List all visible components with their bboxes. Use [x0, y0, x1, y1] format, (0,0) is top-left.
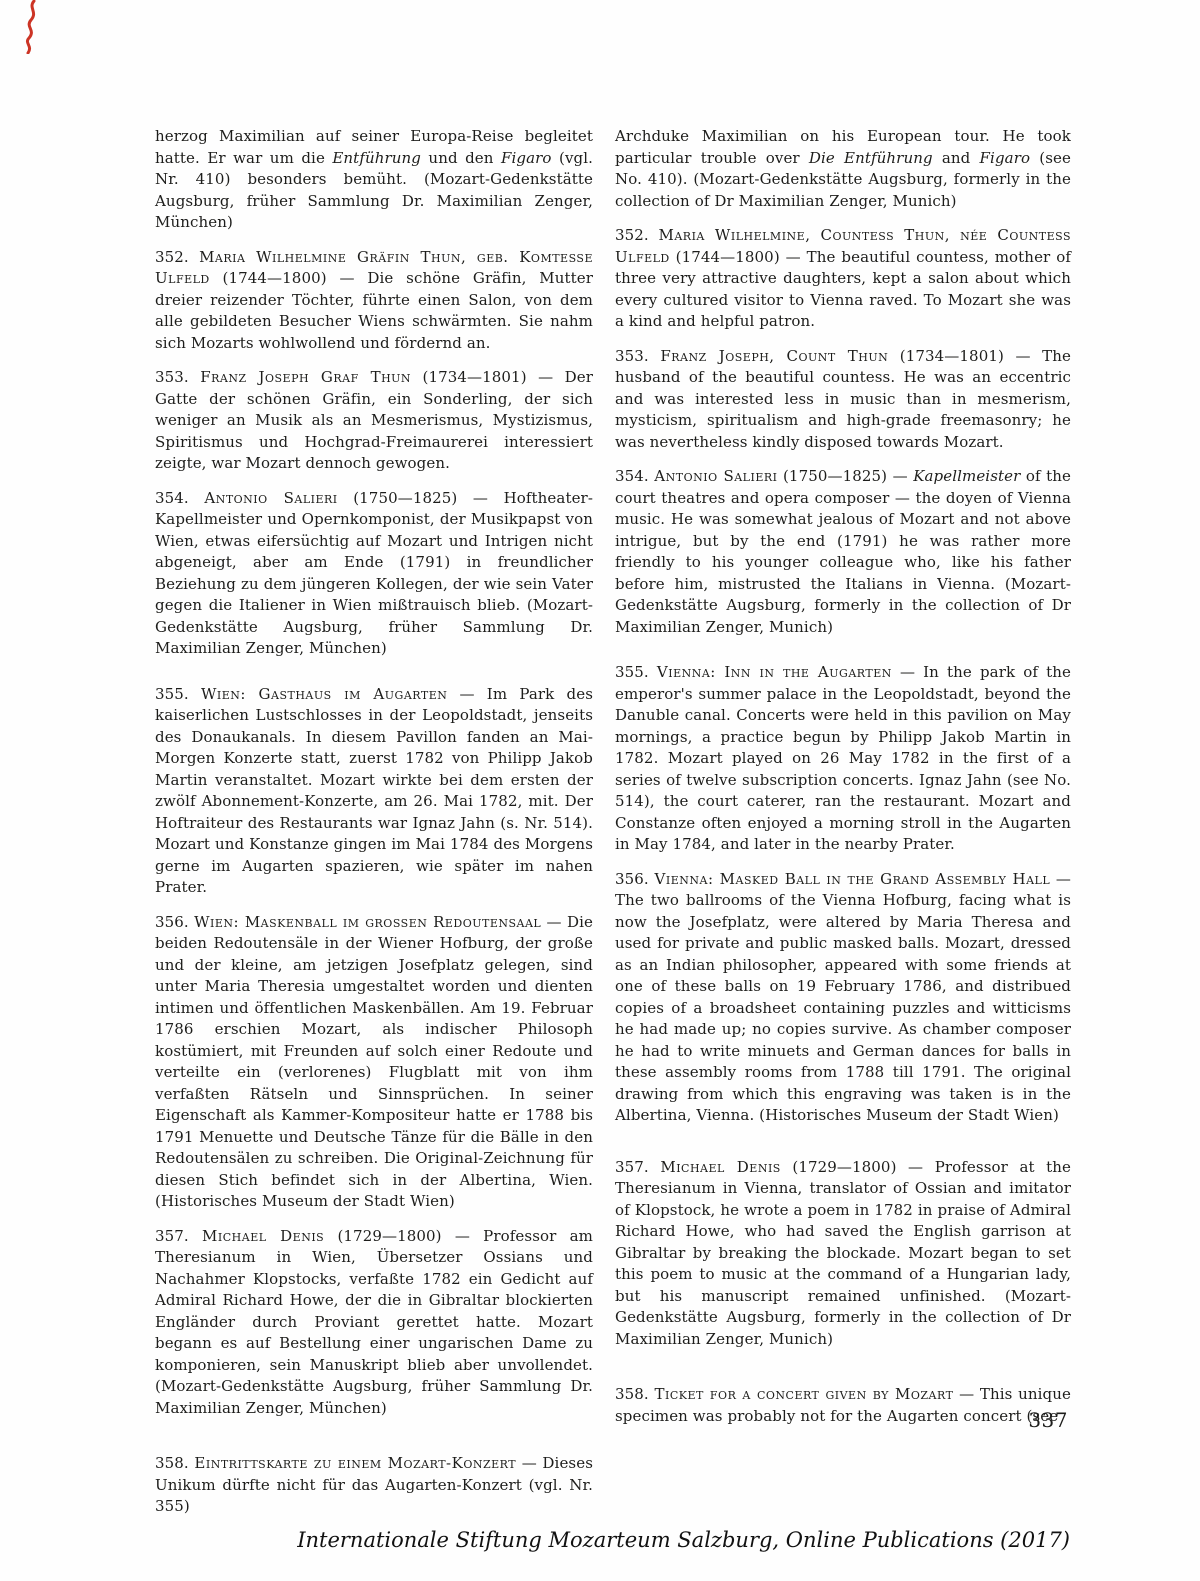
red-pen-mark	[20, 0, 50, 54]
body-text: (1750—1825) — Hoftheater-Kapellmeister u…	[155, 489, 593, 658]
entry-353-left: 353. Franz Joseph Graf Thun (1734—1801) …	[155, 367, 593, 475]
body-text: — Im Park des kaiserlichen Lustschlosses…	[155, 685, 593, 897]
entry-heading: Franz Joseph, Count Thun	[660, 347, 888, 365]
body-text: — Die beiden Redoutensäle in der Wiener …	[155, 913, 593, 1211]
entry-heading: Antonio Salieri	[654, 467, 777, 485]
body-text: 352.	[155, 248, 199, 266]
body-text: 355.	[155, 685, 201, 703]
entry-heading: Vienna: Masked Ball in the Grand Assembl…	[655, 870, 1051, 888]
italic-title: Figaro	[501, 149, 552, 167]
page-number: 337	[900, 1408, 1068, 1432]
body-text: 353.	[615, 347, 660, 365]
entry-heading: Antonio Salieri	[204, 489, 337, 507]
entry-heading: Wien: Gasthaus im Augarten	[201, 685, 447, 703]
entry-356-right: 356. Vienna: Masked Ball in the Grand As…	[615, 869, 1071, 1127]
entry-354-left: 354. Antonio Salieri (1750—1825) — Hofth…	[155, 488, 593, 660]
entry-352-left: 352. Maria Wilhelmine Gräfin Thun, geb. …	[155, 247, 593, 355]
body-text: 352.	[615, 226, 658, 244]
body-text: of the court theatres and opera composer…	[615, 467, 1071, 636]
body-text: (1744—1800) — The beautiful countess, mo…	[615, 248, 1071, 331]
continuation-paragraph-left: herzog Maximilian auf seiner Europa-Reis…	[155, 126, 593, 234]
entry-heading: Vienna: Inn in the Augarten	[657, 663, 892, 681]
body-text: (1750—1825) —	[778, 467, 914, 485]
body-text: 354.	[615, 467, 654, 485]
continuation-paragraph-right: Archduke Maximilian on his European tour…	[615, 126, 1071, 212]
body-text: und den	[421, 149, 501, 167]
entry-heading: Eintrittskarte zu einem Mozart-Konzert	[194, 1454, 516, 1472]
italic-title: Figaro	[980, 149, 1031, 167]
body-text: (1729—1800) — Professor at the Theresian…	[615, 1158, 1071, 1348]
footer-publication-note: Internationale Stiftung Mozarteum Salzbu…	[0, 1528, 1070, 1552]
body-text: 355.	[615, 663, 657, 681]
body-text: 358.	[155, 1454, 194, 1472]
body-text: 357.	[615, 1158, 660, 1176]
body-text: 356.	[155, 913, 194, 931]
entry-357-left: 357. Michael Denis (1729—1800) — Profess…	[155, 1226, 593, 1420]
entry-357-right: 357. Michael Denis (1729—1800) — Profess…	[615, 1157, 1071, 1351]
entry-352-right: 352. Maria Wilhelmine, Countess Thun, né…	[615, 225, 1071, 333]
entry-355-left: 355. Wien: Gasthaus im Augarten — Im Par…	[155, 684, 593, 899]
italic-title: Kapellmeister	[913, 467, 1020, 485]
two-column-text-block: herzog Maximilian auf seiner Europa-Reis…	[155, 126, 1071, 1518]
entry-353-right: 353. Franz Joseph, Count Thun (1734—1801…	[615, 346, 1071, 454]
body-text: (1744—1800) — Die schöne Gräfin, Mutter …	[155, 269, 593, 352]
english-column: Archduke Maximilian on his European tour…	[615, 126, 1071, 1518]
italic-title: Entführung	[332, 149, 421, 167]
entry-heading: Michael Denis	[202, 1227, 324, 1245]
entry-heading: Michael Denis	[660, 1158, 781, 1176]
body-text: 353.	[155, 368, 200, 386]
body-text: 358.	[615, 1385, 654, 1403]
italic-title: Die Entführung	[809, 149, 933, 167]
entry-heading: Ticket for a concert given by Mozart	[654, 1385, 953, 1403]
entry-355-right: 355. Vienna: Inn in the Augarten — In th…	[615, 662, 1071, 856]
body-text: — The two ballrooms of the Vienna Hofbur…	[615, 870, 1071, 1125]
body-text: — In the park of the emperor's summer pa…	[615, 663, 1071, 853]
entry-heading: Franz Joseph Graf Thun	[200, 368, 411, 386]
body-text: and	[933, 149, 980, 167]
entry-358-left: 358. Eintrittskarte zu einem Mozart-Konz…	[155, 1453, 593, 1518]
body-text: 357.	[155, 1227, 202, 1245]
body-text: 354.	[155, 489, 204, 507]
entry-356-left: 356. Wien: Maskenball im grossen Redoute…	[155, 912, 593, 1213]
entry-heading: Wien: Maskenball im grossen Redoutensaal	[194, 913, 541, 931]
body-text: 356.	[615, 870, 655, 888]
german-column: herzog Maximilian auf seiner Europa-Reis…	[155, 126, 593, 1518]
body-text: (1729—1800) — Professor am Theresianum i…	[155, 1227, 593, 1417]
entry-354-right: 354. Antonio Salieri (1750—1825) — Kapel…	[615, 466, 1071, 638]
